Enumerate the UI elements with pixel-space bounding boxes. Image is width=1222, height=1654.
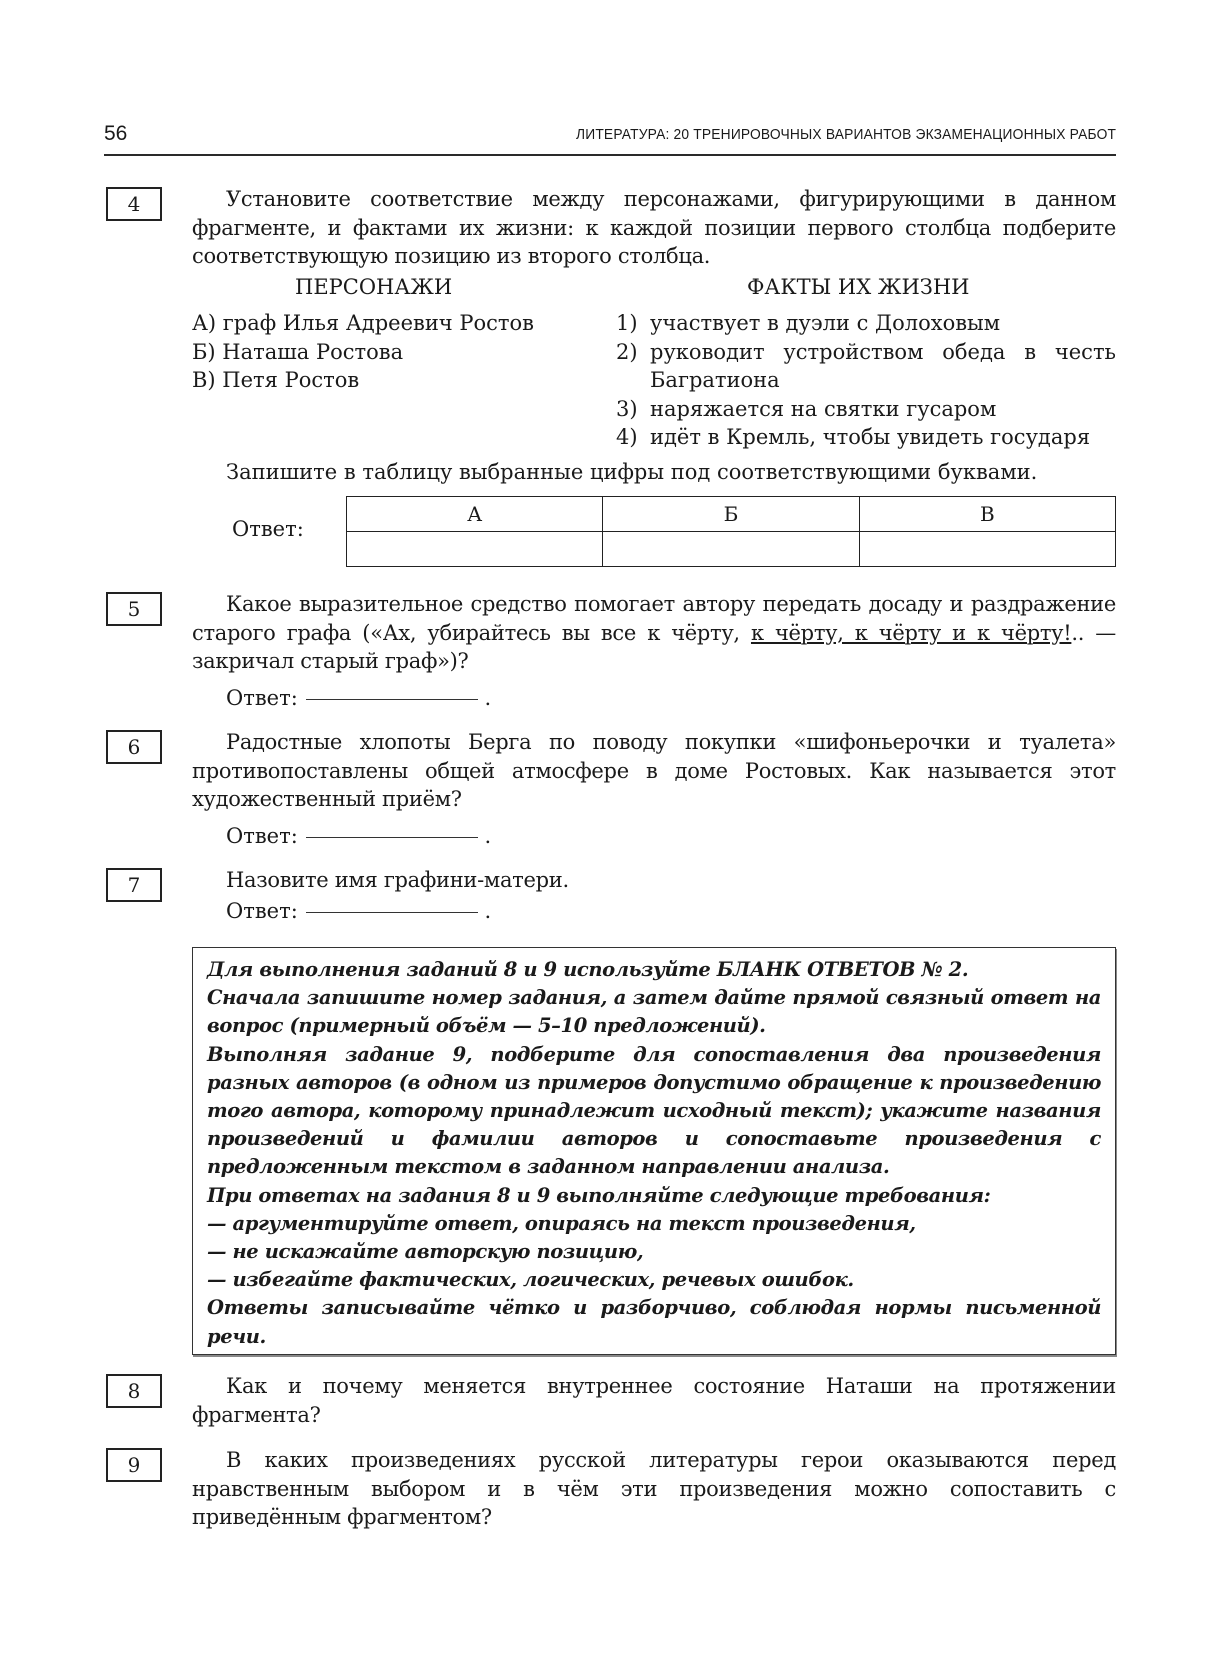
page-number: 56 xyxy=(104,122,127,146)
instructions-box: Для выполнения заданий 8 и 9 используйте… xyxy=(192,947,1116,1355)
task-number-box: 7 xyxy=(106,868,162,902)
underlined-quote: к чёрту, к чёрту и к чёрту! xyxy=(751,621,1071,645)
fact-item: 4)идёт в Кремль, чтобы увидеть государя xyxy=(616,423,1116,452)
answer-line: Ответ: . xyxy=(226,824,1116,848)
character-item: Б) Наташа Ростова xyxy=(192,338,534,367)
fact-item: 3)наряжается на святки гусаром xyxy=(616,395,1116,424)
task-prompt: Какое выразительное средство помогает ав… xyxy=(192,590,1116,676)
task-5: 5 Какое выразительное средство помогает … xyxy=(106,590,1116,710)
answer-blank[interactable] xyxy=(306,912,478,913)
answer-table: А Б В xyxy=(346,496,1116,567)
answer-table-header: А xyxy=(347,497,603,532)
instruction-paragraph: При ответах на задания 8 и 9 выполняйте … xyxy=(207,1182,1101,1210)
answer-line: Ответ: . xyxy=(226,899,1116,923)
instruction-paragraph: — избегайте фактических, логических, реч… xyxy=(207,1266,1101,1294)
instruction-paragraph: — аргументируйте ответ, опираясь на текс… xyxy=(207,1210,1101,1238)
task-prompt: Радостные хлопоты Берга по поводу покупк… xyxy=(192,728,1116,814)
running-title: ЛИТЕРАТУРА: 20 ТРЕНИРОВОЧНЫХ ВАРИАНТОВ Э… xyxy=(576,126,1116,143)
instruction-paragraph: Для выполнения заданий 8 и 9 используйте… xyxy=(207,956,1101,984)
task-prompt: Установите соответствие между персонажам… xyxy=(192,185,1116,271)
characters-header: ПЕРСОНАЖИ xyxy=(295,275,452,299)
task-9: 9 В каких произведениях русской литерату… xyxy=(106,1446,1116,1532)
answer-line: Ответ: . xyxy=(226,686,1116,710)
answer-label: Ответ: xyxy=(232,517,304,541)
task-6: 6 Радостные хлопоты Берга по поводу поку… xyxy=(106,728,1116,848)
facts-list: 1)участвует в дуэли с Долоховым 2)руково… xyxy=(616,309,1116,452)
task-4: 4 Установите соответствие между персонаж… xyxy=(106,185,1116,271)
task-number-box: 4 xyxy=(106,187,162,221)
table-instruction: Запишите в таблицу выбранные цифры под с… xyxy=(226,460,1037,484)
instruction-paragraph: Ответы записывайте чётко и разборчиво, с… xyxy=(207,1294,1101,1350)
task-number-box: 9 xyxy=(106,1448,162,1482)
page-header: 56 ЛИТЕРАТУРА: 20 ТРЕНИРОВОЧНЫХ ВАРИАНТО… xyxy=(104,122,1116,156)
answer-cell-b[interactable] xyxy=(603,532,859,567)
task-number-box: 5 xyxy=(106,592,162,626)
answer-blank[interactable] xyxy=(306,699,478,700)
fact-item: 2)руководит устройством обеда в честь Ба… xyxy=(616,338,1116,395)
task-prompt: В каких произведениях русской литературы… xyxy=(192,1446,1116,1532)
task-8: 8 Как и почему меняется внутреннее состо… xyxy=(106,1372,1116,1429)
answer-cell-a[interactable] xyxy=(347,532,603,567)
characters-list: А) граф Илья Адреевич Ростов Б) Наташа Р… xyxy=(192,309,534,395)
answer-table-header: Б xyxy=(603,497,859,532)
task-number-box: 8 xyxy=(106,1374,162,1408)
answer-blank[interactable] xyxy=(306,837,478,838)
instruction-paragraph: Выполняя задание 9, подберите для сопост… xyxy=(207,1041,1101,1182)
task-number-box: 6 xyxy=(106,730,162,764)
character-item: В) Петя Ростов xyxy=(192,366,534,395)
facts-header: ФАКТЫ ИХ ЖИЗНИ xyxy=(747,275,970,299)
instruction-paragraph: Сначала запишите номер задания, а затем … xyxy=(207,984,1101,1040)
task-prompt: Назовите имя графини-матери. xyxy=(192,866,1116,895)
fact-item: 1)участвует в дуэли с Долоховым xyxy=(616,309,1116,338)
instruction-paragraph: — не искажайте авторскую позицию, xyxy=(207,1238,1101,1266)
task-prompt: Как и почему меняется внутреннее состоян… xyxy=(192,1372,1116,1429)
answer-table-header: В xyxy=(859,497,1115,532)
answer-cell-v[interactable] xyxy=(859,532,1115,567)
character-item: А) граф Илья Адреевич Ростов xyxy=(192,309,534,338)
task-7: 7 Назовите имя графини-матери. Ответ: . xyxy=(106,866,1116,923)
